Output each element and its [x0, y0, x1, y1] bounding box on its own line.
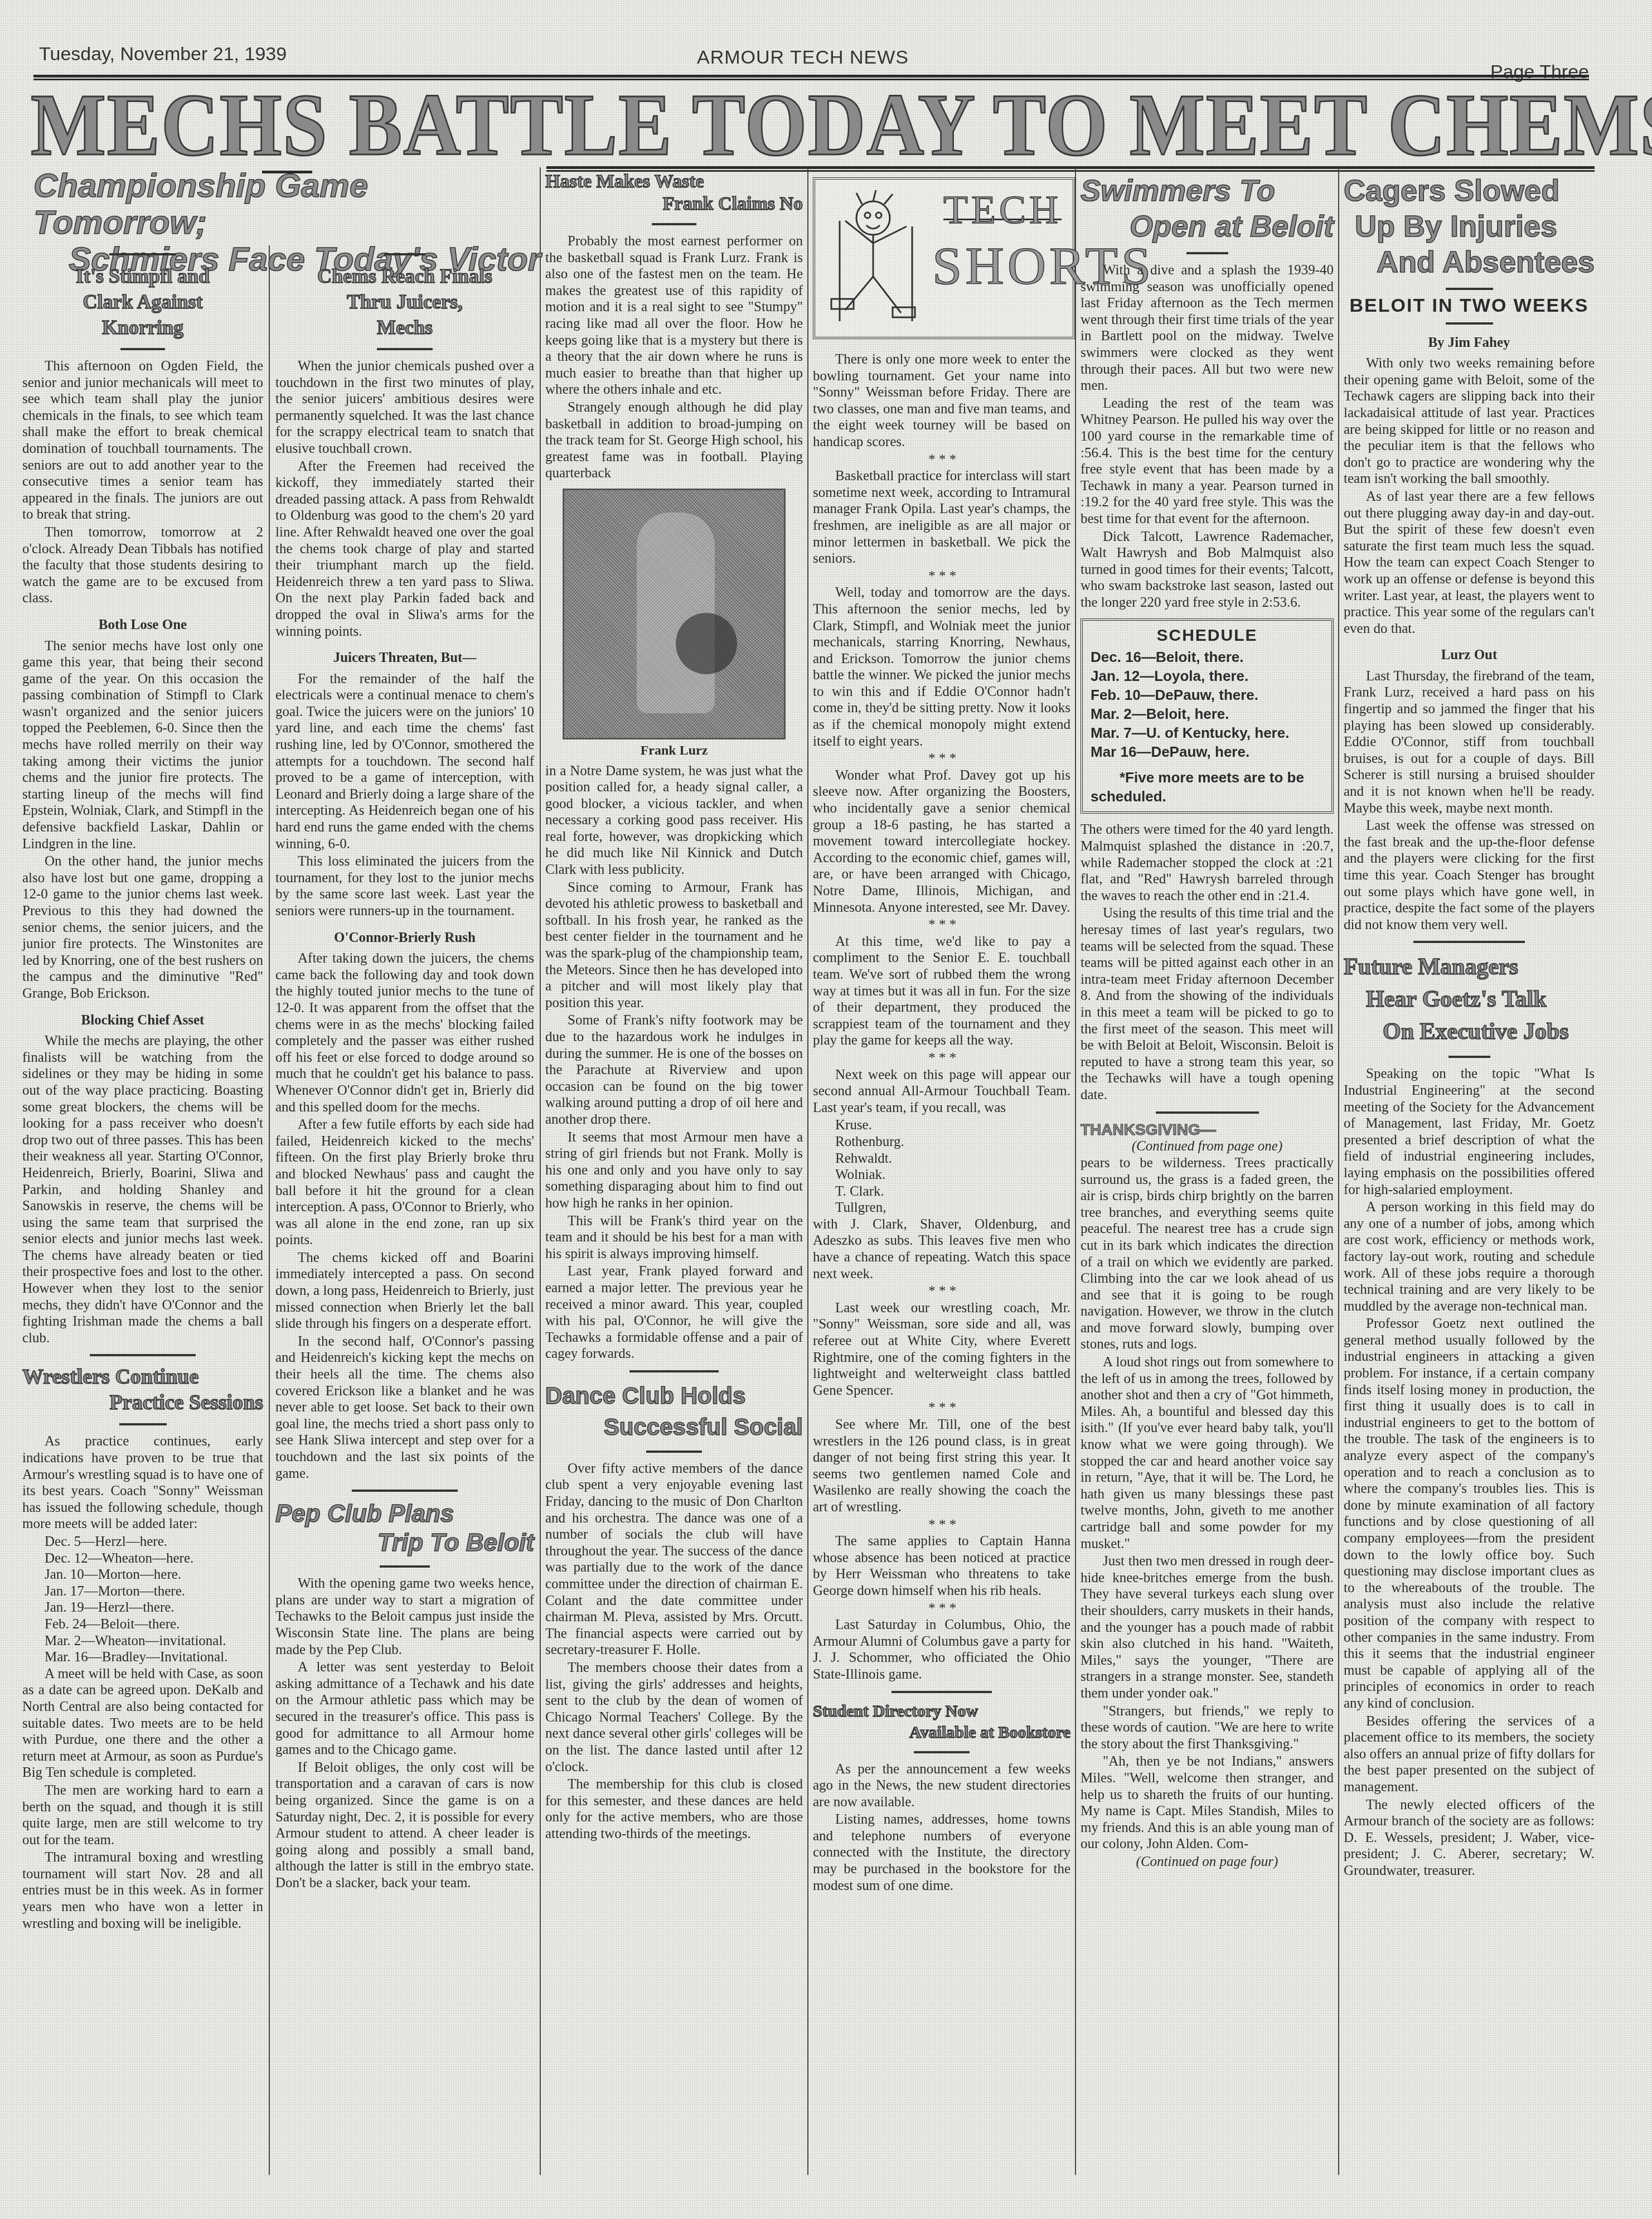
short-item: Next week on this page will appear our s…: [813, 1067, 1070, 1116]
paragraph: When the junior chemicals pushed over a …: [275, 358, 534, 457]
schedule-item: Feb. 10—DePauw, there.: [1091, 685, 1324, 704]
chems-finals-article: Chems Reach Finals Thru Juicers, Mechs W…: [275, 253, 534, 1482]
schedule-note: *Five more meets are to be scheduled.: [1091, 768, 1324, 806]
headline-line: Knorring: [22, 315, 263, 340]
divider: [629, 1370, 719, 1372]
divider: [384, 253, 426, 255]
paragraph: The others were timed for the 40 yard le…: [1081, 821, 1334, 904]
headline-line: Mechs: [275, 315, 534, 340]
schedule-item: Dec. 12—Wheaton—here.: [45, 1550, 263, 1567]
column-1: It's Stimpfl and Clark Against Knorring …: [22, 245, 263, 2197]
team-member: Tullgren,: [835, 1200, 1070, 1216]
headline-line: Hear Goetz's Talk: [1344, 983, 1595, 1016]
championship-headline: Championship Game Tomorrow; Schmiers Fac…: [22, 167, 541, 245]
wrestlers-article: Wrestlers Continue Practice Sessions As …: [22, 1354, 263, 1932]
frank-lurz-photo: [563, 489, 786, 739]
divider: [914, 1751, 970, 1753]
continued-from: (Continued from page one): [1081, 1138, 1334, 1155]
short-item: Basketball practice for interclass will …: [813, 468, 1070, 567]
team-member: Rehwaldt.: [835, 1150, 1070, 1167]
short-item: Last Saturday in Columbus, Ohio, the Arm…: [813, 1617, 1070, 1683]
paragraph: A loud shot rings out from somewhere to …: [1081, 1354, 1334, 1552]
paragraph: Leading the rest of the team was Whitney…: [1081, 395, 1334, 528]
divider: [90, 1354, 196, 1356]
paragraph: Using the results of this time trial and…: [1081, 905, 1334, 1103]
cagers-article: Cagers Slowed Up By Injuries And Absente…: [1344, 173, 1595, 933]
tech-shorts-column: There is only one more week to enter the…: [813, 351, 1070, 1683]
managers-article: Future Managers Hear Goetz's Talk On Exe…: [1344, 941, 1595, 1879]
schedule-item: Jan. 10—Morton—here.: [45, 1567, 263, 1583]
haste-headline: Haste Makes Waste Frank Claims No: [545, 171, 803, 215]
subhead: Both Lose One: [22, 617, 263, 634]
kicker-headline: BELOIT IN TWO WEEKS: [1344, 298, 1595, 315]
short-item: The same applies to Captain Hanna whose …: [813, 1533, 1070, 1599]
headline-line: Pep Club Plans: [275, 1500, 534, 1529]
mascot-icon: [823, 187, 923, 327]
dance-club-article: Dance Club Holds Successful Social Over …: [545, 1370, 803, 1843]
team-member: Wolniak.: [835, 1167, 1070, 1183]
stimpfl-headline: It's Stimpfl and Clark Against Knorring: [22, 263, 263, 340]
schedule-item: Jan. 12—Loyola, there.: [1091, 666, 1324, 685]
tech-shorts-logo: TECH SHORTS: [813, 177, 1075, 339]
paragraph: Some of Frank's nifty footwork may be du…: [545, 1012, 803, 1128]
short-item: At this time, we'd like to pay a complim…: [813, 934, 1070, 1049]
separator: * * *: [813, 1400, 1070, 1417]
short-item: See where Mr. Till, one of the best wres…: [813, 1417, 1070, 1516]
subhead: Blocking Chief Asset: [22, 1012, 263, 1029]
touchball-team-list: Kruse. Rothenburg. Rehwaldt. Wolniak. T.…: [813, 1117, 1070, 1216]
headline-line: Chems Reach Finals: [275, 263, 534, 289]
column-4: TECH SHORTS There is only one more week …: [813, 167, 1070, 2197]
schedule-item: Dec. 5—Herzl—here.: [45, 1534, 263, 1550]
haste-article: Haste Makes Waste Frank Claims No Probab…: [545, 171, 803, 1362]
paragraph: in a Notre Dame system, he was just what…: [545, 763, 803, 878]
team-member: Kruse.: [835, 1117, 1070, 1134]
schedule-item: Mar. 16—Bradley—Invitational.: [45, 1649, 263, 1666]
championship-headline-line1: Championship Game Tomorrow;: [22, 167, 541, 241]
headline-line: And Absentees: [1344, 244, 1595, 280]
paragraph: Besides offering the services of a place…: [1344, 1713, 1595, 1796]
paragraph: This loss eliminated the juicers from th…: [275, 853, 534, 919]
column-rule: [1338, 167, 1339, 2175]
issue-date: Tuesday, November 21, 1939: [39, 43, 287, 65]
paragraph: For the remainder of the half the electr…: [275, 671, 534, 853]
paragraph: With a dive and a splash the 1939-40 swi…: [1081, 262, 1334, 394]
paragraph: Over fifty active members of the dance c…: [545, 1461, 803, 1659]
continued-on-link[interactable]: (Continued on page four): [1081, 1854, 1334, 1870]
paragraph: The members choose their dates from a li…: [545, 1660, 803, 1775]
headline-line: Practice Sessions: [22, 1390, 263, 1415]
managers-headline: Future Managers Hear Goetz's Talk On Exe…: [1344, 951, 1595, 1048]
paragraph: The men are working hard to earn a berth…: [22, 1782, 263, 1848]
banner-headline: MECHS BATTLE TODAY TO MEET CHEMS: [31, 84, 1438, 167]
headline-line: Cagers Slowed: [1344, 173, 1595, 209]
paragraph: Last Thursday, the firebrand of the team…: [1344, 668, 1595, 816]
headline-line: Thru Juicers,: [275, 289, 534, 315]
paragraph: The newly elected officers of the Armour…: [1344, 1797, 1595, 1879]
short-item: Last week our wrestling coach, Mr. "Sonn…: [813, 1300, 1070, 1399]
paragraph: After taking down the juicers, the chems…: [275, 950, 534, 1115]
schedule-item: Mar 16—DePauw, here.: [1091, 742, 1324, 761]
paragraph: Just then two men dressed in rough deer-…: [1081, 1553, 1334, 1701]
paragraph: On the other hand, the junior mechs also…: [22, 853, 263, 1002]
paragraph: Strangely enough although he did play ba…: [545, 399, 803, 482]
byline: By Jim Fahey: [1344, 335, 1595, 351]
divider: [380, 1565, 430, 1568]
paragraph: If Beloit obliges, the only cost will be…: [275, 1759, 534, 1892]
paper-name: ARMOUR TECH NEWS: [697, 47, 909, 69]
headline-line: Haste Makes Waste: [545, 171, 803, 193]
headline-line: Clark Against: [22, 289, 263, 315]
swimmers-article: Swimmers To Open at Beloit With a dive a…: [1081, 173, 1334, 1104]
divider: [892, 1691, 992, 1693]
divider: [109, 253, 176, 255]
paragraph: The chems kicked off and Boarini immedia…: [275, 1250, 534, 1332]
divider: [1156, 1111, 1259, 1114]
headline-line: On Executive Jobs: [1344, 1016, 1595, 1048]
divider: [646, 1451, 702, 1453]
divider: [1186, 252, 1228, 254]
schedule-title: SCHEDULE: [1091, 626, 1324, 645]
divider: [120, 348, 165, 350]
headline-line: Student Directory Now: [813, 1701, 1070, 1722]
column-3: Haste Makes Waste Frank Claims No Probab…: [545, 167, 803, 2197]
paragraph: As per the announcement a few weeks ago …: [813, 1761, 1070, 1811]
paragraph: After the Freemen had received the kicko…: [275, 458, 534, 640]
basketball: [676, 613, 737, 674]
schedule-item: Mar. 2—Beloit, here.: [1091, 704, 1324, 723]
divider: [377, 348, 433, 350]
column-rule: [269, 245, 270, 2175]
paragraph: A letter was sent yesterday to Beloit as…: [275, 1659, 534, 1758]
divider: [1448, 1056, 1490, 1058]
short-item: Well, today and tomorrow are the days. T…: [813, 584, 1070, 750]
schedule-item: Mar. 7—U. of Kentucky, here.: [1091, 723, 1324, 742]
headline-line: Trip To Beloit: [275, 1529, 534, 1558]
separator: * * *: [813, 1050, 1070, 1067]
column-5: Swimmers To Open at Beloit With a dive a…: [1081, 167, 1334, 2197]
chems-finals-headline: Chems Reach Finals Thru Juicers, Mechs: [275, 263, 534, 340]
separator: * * *: [813, 751, 1070, 767]
separator: * * *: [813, 1601, 1070, 1617]
paragraph: The senior mechs have lost only one game…: [22, 638, 263, 853]
stimpfl-article: It's Stimpfl and Clark Against Knorring …: [22, 253, 263, 1346]
thanksgiving-headline: THANKSGIVING—: [1081, 1121, 1334, 1139]
headline-line: It's Stimpfl and: [22, 263, 263, 289]
short-item: There is only one more week to enter the…: [813, 351, 1070, 451]
paragraph: While the mechs are playing, the other f…: [22, 1033, 263, 1346]
paragraph: Dick Talcott, Lawrence Rademacher, Walt …: [1081, 529, 1334, 611]
headline-line: Swimmers To: [1081, 173, 1334, 209]
column-6: Cagers Slowed Up By Injuries And Absente…: [1344, 167, 1595, 2197]
subhead: Lurz Out: [1344, 647, 1595, 664]
divider: [1446, 288, 1493, 290]
headline-line: Up By Injuries: [1344, 209, 1595, 244]
paragraph: Speaking on the topic "What Is Industria…: [1344, 1066, 1595, 1198]
schedule-item: Feb. 24—Beloit—there.: [45, 1616, 263, 1633]
pep-club-headline: Pep Club Plans Trip To Beloit: [275, 1500, 534, 1558]
paragraph: This will be Frank's third year on the t…: [545, 1213, 803, 1263]
paragraph: pears to be wilderness. Trees practicall…: [1081, 1155, 1334, 1353]
divider: [352, 1490, 458, 1492]
divider: [652, 223, 696, 225]
headline-line: Open at Beloit: [1081, 209, 1334, 244]
paragraph: Professor Goetz next outlined the genera…: [1344, 1316, 1595, 1712]
separator: * * *: [813, 452, 1070, 468]
paragraph: The intramural boxing and wrestling tour…: [22, 1849, 263, 1932]
pep-club-article: Pep Club Plans Trip To Beloit With the o…: [275, 1490, 534, 1891]
paragraph: Last week the offense was stressed on th…: [1344, 818, 1595, 933]
swimmers-headline: Swimmers To Open at Beloit: [1081, 173, 1334, 244]
separator: * * *: [813, 917, 1070, 934]
separator: * * *: [813, 568, 1070, 585]
schedule-item: Mar. 2—Wheaton—invitational.: [45, 1633, 263, 1650]
paragraph: Then tomorrow, tomorrow at 2 o'clock. Al…: [22, 524, 263, 607]
separator: * * *: [813, 1517, 1070, 1534]
divider: [119, 1423, 167, 1425]
thanksgiving-article: THANKSGIVING— (Continued from page one) …: [1081, 1111, 1334, 1870]
headline-line: Successful Social: [545, 1411, 803, 1443]
paragraph: "Ah, then ye be not Indians," answers Mi…: [1081, 1753, 1334, 1853]
divider: [1413, 941, 1525, 943]
paragraph: With only two weeks remaining before the…: [1344, 355, 1595, 487]
subhead: O'Connor-Brierly Rush: [275, 930, 534, 946]
headline-line: Dance Club Holds: [545, 1380, 803, 1411]
headline-line: Available at Bookstore: [813, 1722, 1070, 1743]
schedule-item: Jan. 17—Morton—there.: [45, 1583, 263, 1600]
column-rule: [807, 167, 808, 2175]
headline-line: Frank Claims No: [545, 193, 803, 215]
photo-caption: Frank Lurz: [545, 743, 803, 760]
paragraph: Listing names, addresses, home towns and…: [813, 1811, 1070, 1894]
paragraph: With the opening game two weeks hence, p…: [275, 1575, 534, 1658]
student-directory-headline: Student Directory Now Available at Books…: [813, 1701, 1070, 1743]
short-item: Wonder what Prof. Davey got up his sleev…: [813, 767, 1070, 916]
headline-line: Wrestlers Continue: [22, 1364, 263, 1390]
wrestling-schedule: Dec. 5—Herzl—here. Dec. 12—Wheaton—here.…: [22, 1534, 263, 1666]
paragraph: It seems that most Armour men have a str…: [545, 1129, 803, 1212]
paragraph: with J. Clark, Shaver, Oldenburg, and Ad…: [813, 1216, 1070, 1282]
paragraph: "Strangers, but friends," we reply to th…: [1081, 1703, 1334, 1753]
team-member: T. Clark.: [835, 1183, 1070, 1200]
tech-shorts-title-line1: TECH: [943, 202, 1062, 220]
paragraph: A meet will be held with Case, as soon a…: [22, 1666, 263, 1781]
swim-schedule-box: SCHEDULE Dec. 16—Beloit, there. Jan. 12—…: [1081, 618, 1334, 814]
paragraph: In the second half, O'Connor's passing a…: [275, 1333, 534, 1482]
dance-club-headline: Dance Club Holds Successful Social: [545, 1380, 803, 1443]
column-rule: [540, 167, 541, 2175]
paragraph: This afternoon on Ogden Field, the senio…: [22, 358, 263, 523]
masthead: Tuesday, November 21, 1939 ARMOUR TECH N…: [33, 39, 1595, 72]
paragraph: Last year, Frank played forward and earn…: [545, 1263, 803, 1362]
headline-line: Future Managers: [1344, 951, 1595, 983]
paragraph: Since coming to Armour, Frank has devote…: [545, 879, 803, 1012]
separator: * * *: [813, 1283, 1070, 1300]
paragraph: A person working in this field may do an…: [1344, 1199, 1595, 1314]
paragraph: As of last year there are a few fellows …: [1344, 489, 1595, 637]
wrestlers-headline: Wrestlers Continue Practice Sessions: [22, 1364, 263, 1415]
paragraph: Probably the most earnest performer on t…: [545, 233, 803, 398]
paragraph: As practice continues, early indications…: [22, 1433, 263, 1532]
schedule-item: Dec. 16—Beloit, there.: [1091, 647, 1324, 666]
column-2: Chems Reach Finals Thru Juicers, Mechs W…: [275, 245, 534, 2197]
team-member: Rothenburg.: [835, 1134, 1070, 1150]
paragraph: After a few futile efforts by each side …: [275, 1116, 534, 1249]
subhead: Juicers Threaten, But—: [275, 650, 534, 666]
divider: [1446, 322, 1493, 325]
paragraph: The membership for this club is closed f…: [545, 1776, 803, 1842]
student-directory-article: Student Directory Now Available at Books…: [813, 1691, 1070, 1894]
schedule-item: Jan. 19—Herzl—there.: [45, 1599, 263, 1616]
cagers-headline: Cagers Slowed Up By Injuries And Absente…: [1344, 173, 1595, 280]
column-rule: [1075, 167, 1076, 2175]
